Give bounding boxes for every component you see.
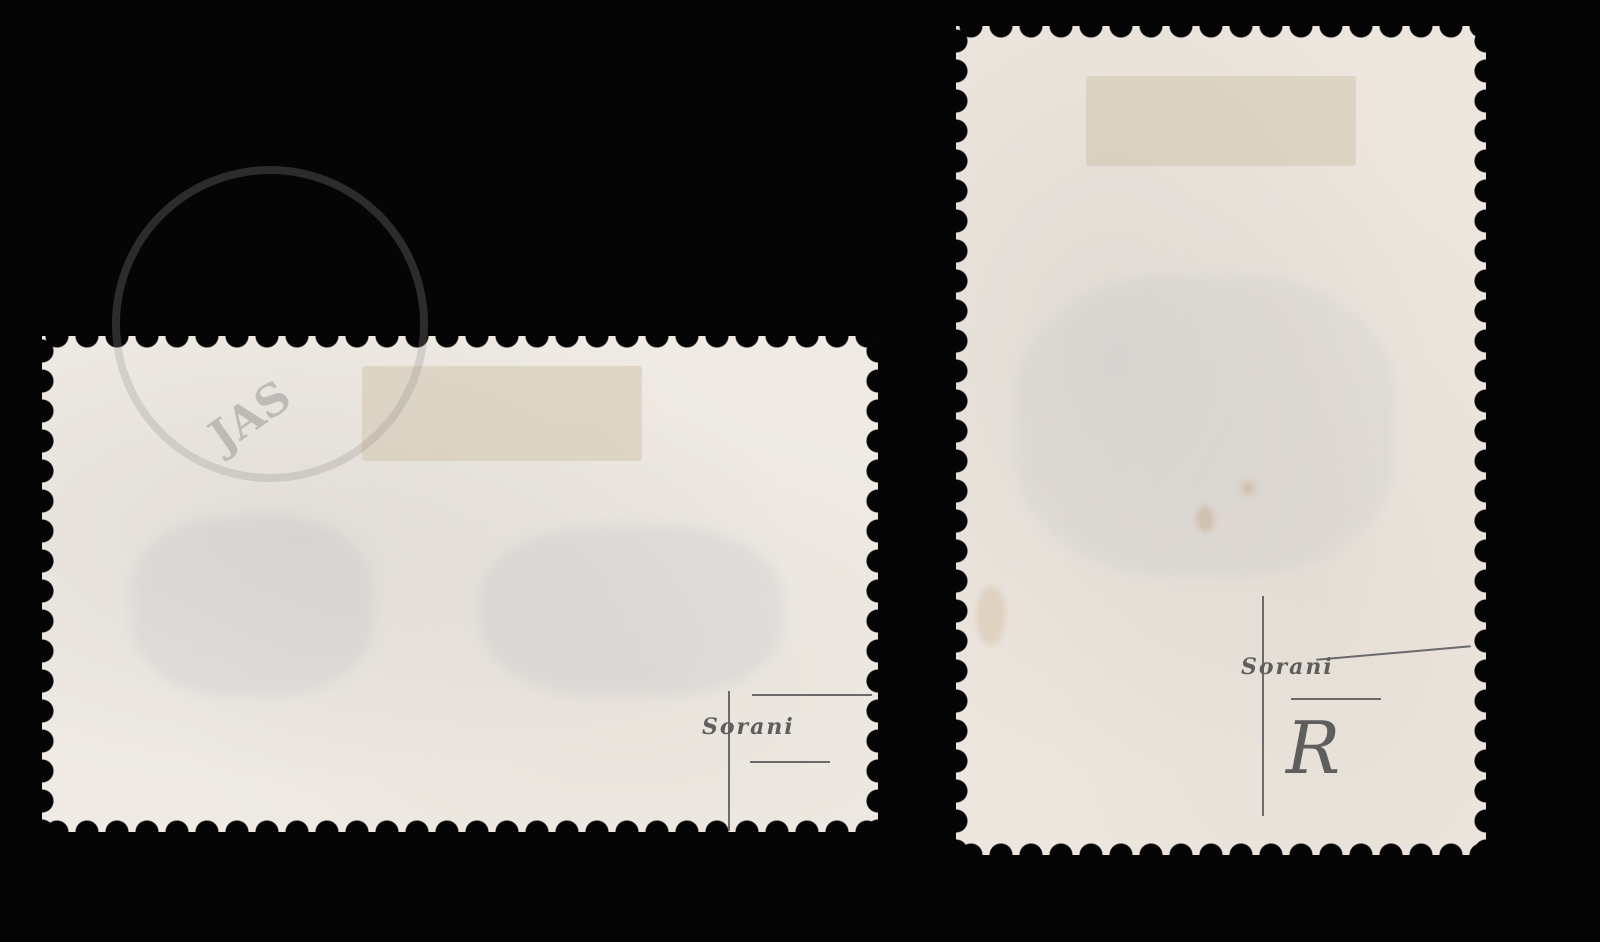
expertizer-signature: Sorani [1241, 654, 1334, 680]
perforation-right [866, 336, 890, 832]
pencil-top-underline [752, 694, 872, 696]
expertizer-signature: Sorani [702, 714, 795, 740]
print-show-through [1016, 276, 1396, 576]
perforation-left [30, 336, 54, 832]
perforation-right [1474, 26, 1498, 855]
stamp-left-back: JAS Sorani [42, 336, 878, 832]
perforation-left [944, 26, 968, 855]
perforation-bottom [42, 820, 878, 844]
pencil-vertical-stroke [1262, 596, 1264, 816]
print-show-through [132, 516, 372, 696]
stamp-right-back: Sorani R [956, 26, 1486, 855]
pencil-underline [1291, 698, 1381, 700]
perforation-bottom [956, 843, 1486, 867]
print-show-through [482, 526, 782, 696]
perforation-top [956, 14, 1486, 38]
gum-residue [1086, 76, 1356, 166]
pencil-initial: R [1286, 706, 1342, 790]
pencil-underline [750, 761, 830, 763]
foxing-spot [976, 586, 1006, 646]
postmark-circle [112, 166, 428, 482]
pencil-vertical-stroke [728, 691, 730, 831]
pencil-top-underline [1316, 645, 1471, 661]
